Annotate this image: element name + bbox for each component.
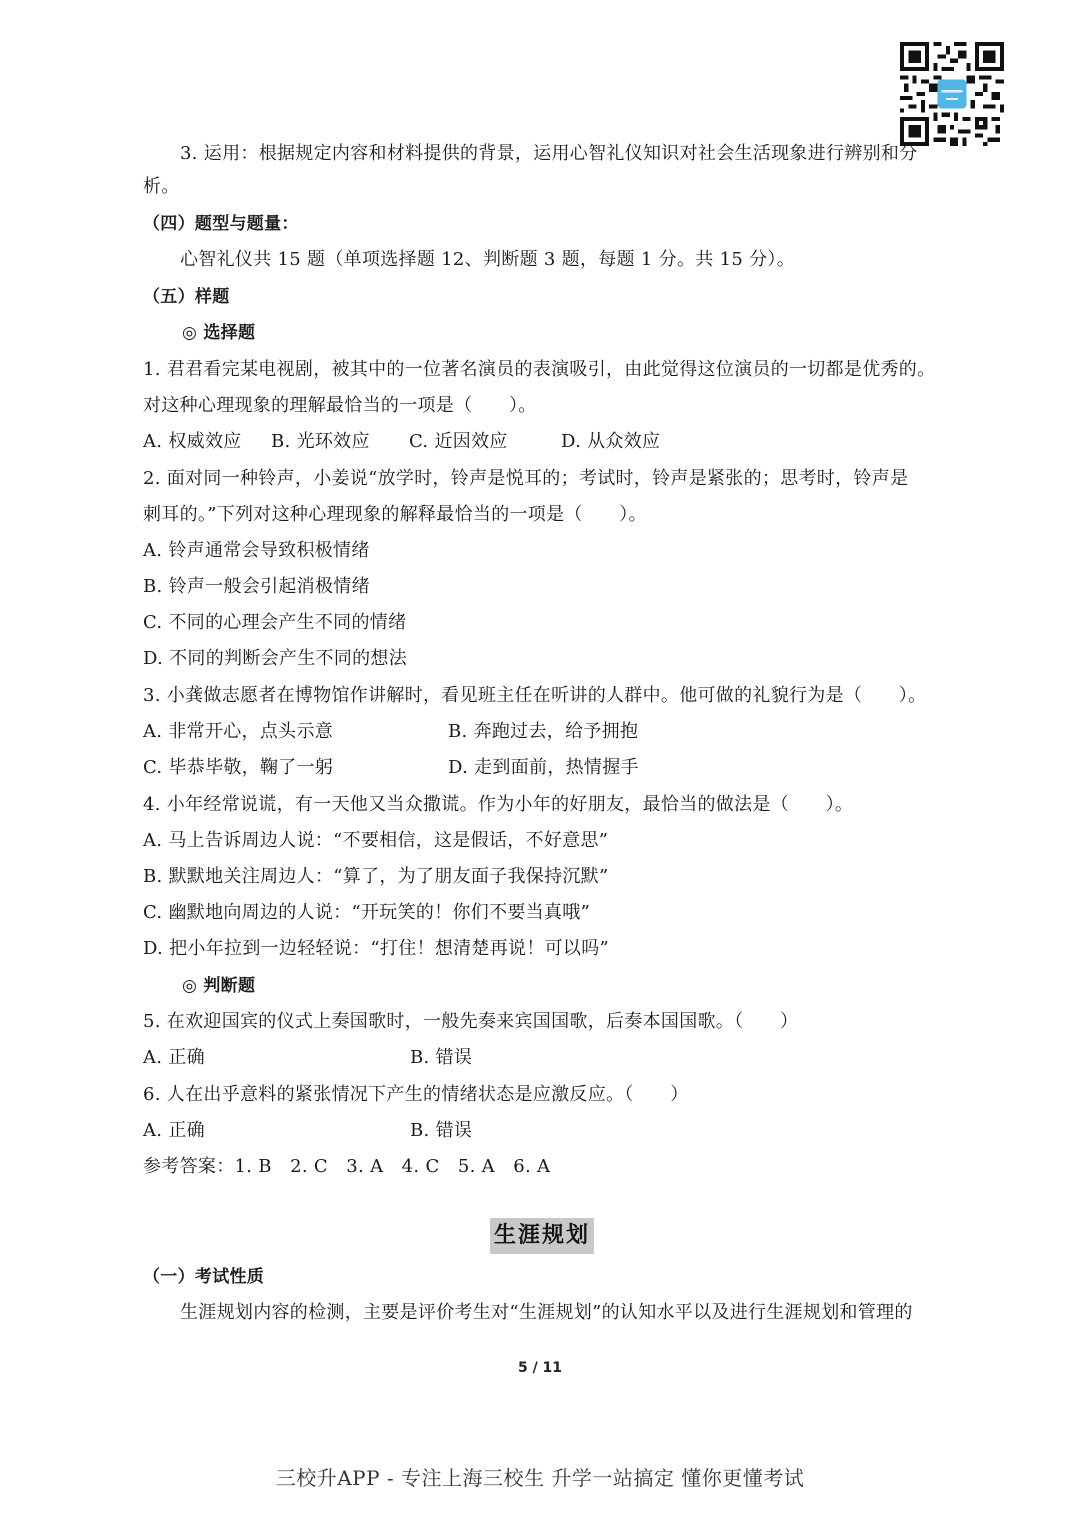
question-5-option-b: B. 错误 — [410, 1046, 472, 1070]
question-1-stem-line-1: 1. 君君看完某电视剧，被其中的一位著名演员的表演吸引，由此觉得这位演员的一切都… — [143, 358, 935, 382]
question-3-options-row-2: C. 毕恭毕敬，鞠了一躬 D. 走到面前，热情握手 — [143, 756, 333, 780]
question-3-options-row-1: A. 非常开心，点头示意 B. 奔跑过去，给予拥抱 — [143, 720, 333, 744]
question-1-option-d: D. 从众效应 — [561, 430, 660, 454]
question-5-option-a: A. 正确 — [143, 1047, 205, 1068]
intro-item-3-line-2: 析。 — [143, 175, 180, 199]
career-planning-title: 生涯规划 — [490, 1218, 594, 1254]
question-2-stem-line-1: 2. 面对同一种铃声，小姜说“放学时，铃声是悦耳的；考试时，铃声是紧张的；思考时… — [143, 467, 908, 491]
question-2-option-b: B. 铃声一般会引起消极情绪 — [143, 575, 370, 599]
question-6-options: A. 正确 B. 错误 — [143, 1119, 205, 1143]
section-4-heading: （四）题型与题量： — [143, 212, 299, 236]
question-6-option-a: A. 正确 — [143, 1120, 205, 1141]
choice-questions-heading: ◎ 选择题 — [182, 321, 255, 345]
question-3-option-d: D. 走到面前，热情握手 — [448, 756, 639, 780]
section-4-text: 心智礼仪共 15 题（单项选择题 12、判断题 3 题，每题 1 分。共 15 … — [180, 248, 795, 272]
question-3-option-c: C. 毕恭毕敬，鞠了一躬 — [143, 757, 333, 778]
question-6-option-b: B. 错误 — [410, 1119, 472, 1143]
document-page: 3. 运用：根据规定内容和材料提供的背景，运用心智礼仪知识对社会生活现象进行辨别… — [0, 0, 1080, 1527]
question-2-option-d: D. 不同的判断会产生不同的想法 — [143, 647, 407, 671]
footer-slogan: 三校升APP - 专注上海三校生 升学一站搞定 懂你更懂考试 — [0, 1462, 1080, 1491]
career-section-1-heading: （一）考试性质 — [143, 1265, 264, 1289]
reference-answers: 参考答案：1. B 2. C 3. A 4. C 5. A 6. A — [143, 1155, 550, 1179]
question-1-options: A. 权威效应 B. 光环效应 C. 近因效应 D. 从众效应 — [143, 430, 242, 454]
question-6-stem: 6. 人在出乎意料的紧张情况下产生的情绪状态是应激反应。（ ） — [143, 1083, 689, 1107]
question-5-options: A. 正确 B. 错误 — [143, 1046, 205, 1070]
section-5-heading: （五）样题 — [143, 285, 230, 309]
question-2-option-c: C. 不同的心理会产生不同的情绪 — [143, 611, 406, 635]
question-4-option-b: B. 默默地关注周边人：“算了，为了朋友面子我保持沉默” — [143, 865, 608, 889]
question-4-option-c: C. 幽默地向周边的人说：“开玩笑的！你们不要当真哦” — [143, 901, 590, 925]
judgment-questions-heading: ◎ 判断题 — [182, 974, 255, 998]
question-1-option-b: B. 光环效应 — [271, 430, 370, 454]
career-section-1-text: 生涯规划内容的检测，主要是评价考生对“生涯规划”的认知水平以及进行生涯规划和管理… — [180, 1301, 913, 1325]
question-4-stem: 4. 小年经常说谎，有一天他又当众撒谎。作为小年的好朋友，最恰当的做法是（ ）。 — [143, 793, 853, 817]
intro-item-3-line-1: 3. 运用：根据规定内容和材料提供的背景，运用心智礼仪知识对社会生活现象进行辨别… — [180, 142, 918, 166]
qr-code-icon — [900, 42, 1004, 146]
question-3-option-b: B. 奔跑过去，给予拥抱 — [448, 720, 638, 744]
question-2-option-a: A. 铃声通常会导致积极情绪 — [143, 539, 370, 563]
page-number: 5 / 11 — [0, 1360, 1080, 1376]
question-4-option-d: D. 把小年拉到一边轻轻说：“打住！想清楚再说！可以吗” — [143, 937, 609, 961]
question-5-stem: 5. 在欢迎国宾的仪式上奏国歌时，一般先奏来宾国国歌，后奏本国国歌。（ ） — [143, 1010, 798, 1034]
question-1-option-a: A. 权威效应 — [143, 431, 242, 452]
question-3-stem: 3. 小龚做志愿者在博物馆作讲解时，看见班主任在听讲的人群中。他可做的礼貌行为是… — [143, 684, 926, 708]
question-3-option-a: A. 非常开心，点头示意 — [143, 721, 333, 742]
question-2-stem-line-2: 刺耳的。”下列对这种心理现象的解释最恰当的一项是（ ）。 — [143, 503, 647, 527]
question-1-stem-line-2: 对这种心理现象的理解最恰当的一项是（ ）。 — [143, 394, 537, 418]
question-1-option-c: C. 近因效应 — [409, 430, 508, 454]
question-4-option-a: A. 马上告诉周边人说：“不要相信，这是假话，不好意思” — [143, 829, 608, 853]
